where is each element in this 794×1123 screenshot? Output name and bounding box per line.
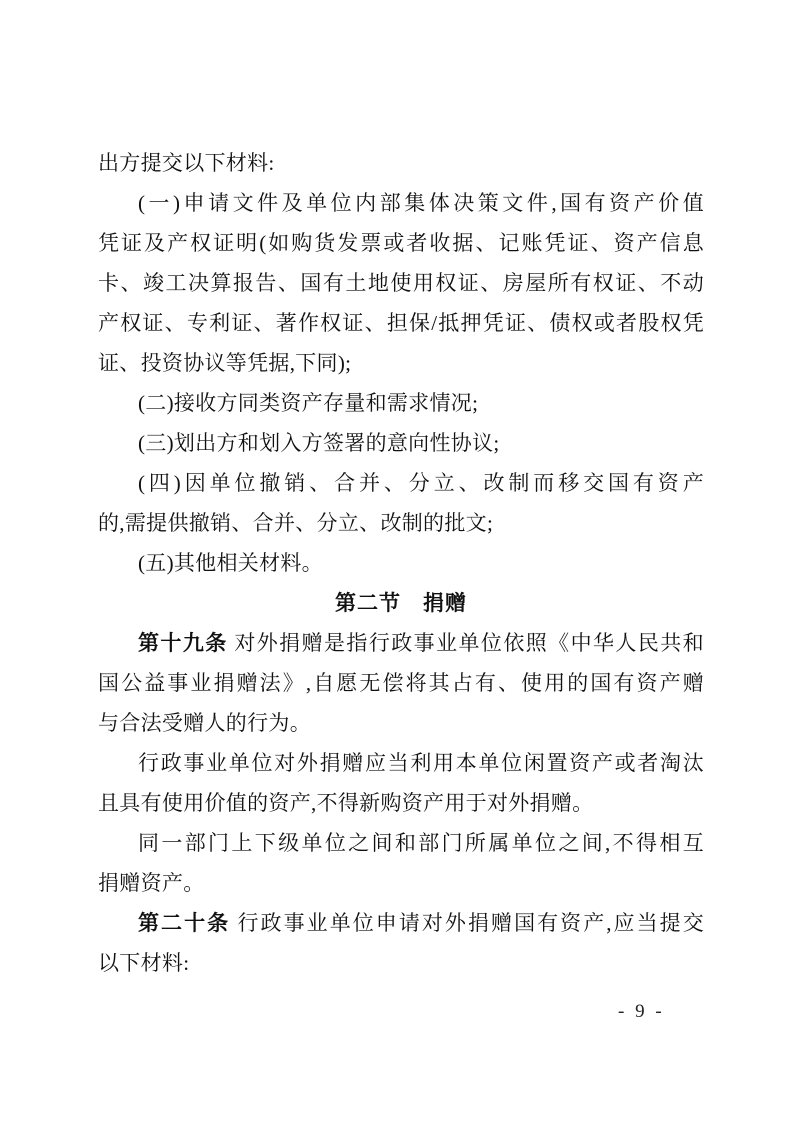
text-line: 国公益事业捐赠法》,自愿无偿将其占有、使用的国有资产赠 bbox=[98, 663, 704, 703]
text-line: 以下材料: bbox=[98, 943, 704, 983]
article-number: 第二十条 bbox=[138, 911, 230, 935]
text-line: 与合法受赠人的行为。 bbox=[98, 703, 704, 743]
text-line: 同一部门上下级单位之间和部门所属单位之间,不得相互 bbox=[98, 823, 704, 863]
text-line: 卡、竣工决算报告、国有土地使用权证、房屋所有权证、不动 bbox=[98, 263, 704, 303]
text-line: 第十九条 对外捐赠是指行政事业单位依照《中华人民共和 bbox=[98, 623, 704, 663]
text-line: 产权证、专利证、著作权证、担保/抵押凭证、债权或者股权凭 bbox=[98, 303, 704, 343]
text-line: 凭证及产权证明(如购货发票或者收据、记账凭证、资产信息 bbox=[98, 223, 704, 263]
section-heading: 第二节 捐赠 bbox=[98, 583, 704, 623]
text-line: 出方提交以下材料: bbox=[98, 143, 704, 183]
text-line: (一)申请文件及单位内部集体决策文件,国有资产价值 bbox=[98, 183, 704, 223]
text-line: 捐赠资产。 bbox=[98, 863, 704, 903]
text-line: 第二十条 行政事业单位申请对外捐赠国有资产,应当提交 bbox=[98, 903, 704, 943]
document-page: 出方提交以下材料:(一)申请文件及单位内部集体决策文件,国有资产价值凭证及产权证… bbox=[0, 0, 794, 1123]
text-line: 的,需提供撤销、合并、分立、改制的批文; bbox=[98, 503, 704, 543]
document-body: 出方提交以下材料:(一)申请文件及单位内部集体决策文件,国有资产价值凭证及产权证… bbox=[98, 143, 704, 983]
text-line: 行政事业单位对外捐赠应当利用本单位闲置资产或者淘汰 bbox=[98, 743, 704, 783]
text-line: (三)划出方和划入方签署的意向性协议; bbox=[98, 423, 704, 463]
text-line: 且具有使用价值的资产,不得新购资产用于对外捐赠。 bbox=[98, 783, 704, 823]
page-number: - 9 - bbox=[618, 1000, 665, 1024]
text-line: (二)接收方同类资产存量和需求情况; bbox=[98, 383, 704, 423]
text-line: (五)其他相关材料。 bbox=[98, 543, 704, 583]
text-line: (四)因单位撤销、合并、分立、改制而移交国有资产 bbox=[98, 463, 704, 503]
text-line: 证、投资协议等凭据,下同); bbox=[98, 343, 704, 383]
article-number: 第十九条 bbox=[138, 631, 228, 655]
